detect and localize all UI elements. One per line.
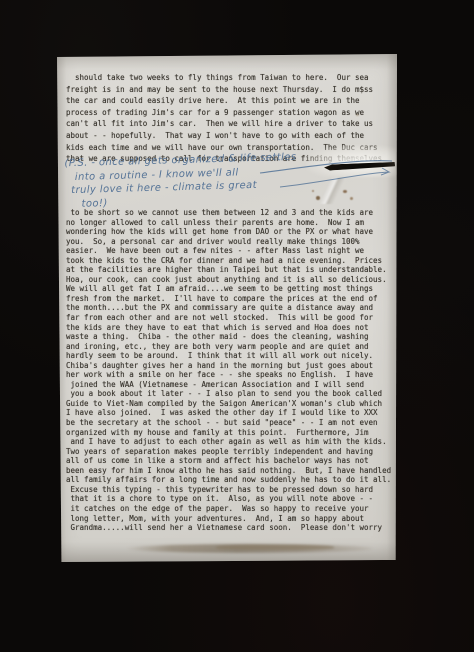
letter-line: joined the WAA (Vietnamese - American As… [66, 380, 391, 390]
letter-line: Guide to Viet-Nam compiled by the Saigon… [66, 399, 391, 409]
letter-line: easier. We have been out a few nites - -… [66, 246, 391, 256]
handwritten-postscript: (P.S. - once all gets organized & life s… [64, 151, 297, 211]
letter-line: you. So, a personal car and driver would… [66, 237, 391, 247]
letter-line: long letter, Mom, with your adventures. … [66, 514, 391, 524]
letter-line: organized with my house and family at th… [66, 428, 391, 438]
letter-line: been easy for him I know altho he has sa… [66, 466, 391, 476]
letter-line: We will all get fat I am afraid....we se… [66, 284, 391, 294]
letter-line: Excuse this typing - this typewriter has… [66, 485, 391, 495]
letter-line: waste a thing. Chiba - the other maid - … [66, 332, 391, 342]
letter-photo: should take two weeks to fly things from… [0, 0, 474, 652]
letter-line: should take two weeks to fly things from… [66, 72, 382, 84]
letter-line: the month....but the PX and commissary a… [66, 303, 391, 313]
letter-line: Chiba's daughter gives her a hand in the… [66, 361, 391, 371]
letter-line: Grandma.....will send her a Vietnamese c… [66, 523, 391, 533]
letter-line: Two years of separation makes people ter… [66, 447, 391, 457]
letter-line: it catches on the edge of the paper. Was… [66, 504, 391, 514]
ink-spot [356, 114, 359, 116]
letter-line: Hoa, our cook, can cook just about anyth… [66, 275, 391, 285]
letter-line: and I have to adjust to each other again… [66, 437, 391, 447]
letter-line: far from each other and are not well sto… [66, 313, 391, 323]
letter-line: to be short so we cannot use them betwee… [66, 208, 391, 218]
letter-line: all of us come in like a storm and affec… [66, 456, 391, 466]
letter-line: the car and could easily drive here. At … [66, 95, 382, 107]
ink-spot [343, 190, 347, 193]
paper-crease [302, 178, 362, 204]
letter-line: and ironing, etc., they are both very wa… [66, 342, 391, 352]
letter-line: be the secretary at the school - - but s… [66, 418, 391, 428]
letter-line: wondering how the kids will get home fro… [66, 227, 391, 237]
letter-line: freight is in and may be sent to the hou… [66, 84, 382, 96]
letter-line: hardly seem to be around. I think that i… [66, 351, 391, 361]
letter-line: took the kids to the CRA for dinner and … [66, 256, 391, 266]
letter-line: her work with a smile on her face - - sh… [66, 370, 391, 380]
letter-line: fresh from the market. I'll have to comp… [66, 294, 391, 304]
letter-line: no longer allowed to call unless their p… [66, 218, 391, 228]
ink-spot [312, 190, 314, 192]
letter-line: at the facilities are higher than in Tai… [66, 265, 391, 275]
ink-spot [350, 197, 353, 200]
letter-line: process of trading Jim's car for a 9 pas… [66, 107, 382, 119]
letter-line: the kids are they have to eat that which… [66, 323, 391, 333]
letter-line: about - - hopefully. That way I won't ha… [66, 130, 382, 142]
letter-line: that it is a chore to type on it. Also, … [66, 494, 391, 504]
letter-line: all family affairs for a long time and n… [66, 475, 391, 485]
letter-paper: should take two weeks to fly things from… [56, 54, 397, 562]
paper-crease-highlight [306, 145, 396, 177]
letter-line: you a book about it later - - I also pla… [66, 389, 391, 399]
ink-spot [316, 196, 320, 200]
bottom-stain-core [216, 545, 334, 550]
typed-paragraph-2: to be short so we cannot use them betwee… [66, 208, 391, 533]
letter-line: can't all fit into Jim's car. Then we wi… [66, 118, 382, 130]
letter-line: I have also joined. I was asked the othe… [66, 408, 391, 418]
